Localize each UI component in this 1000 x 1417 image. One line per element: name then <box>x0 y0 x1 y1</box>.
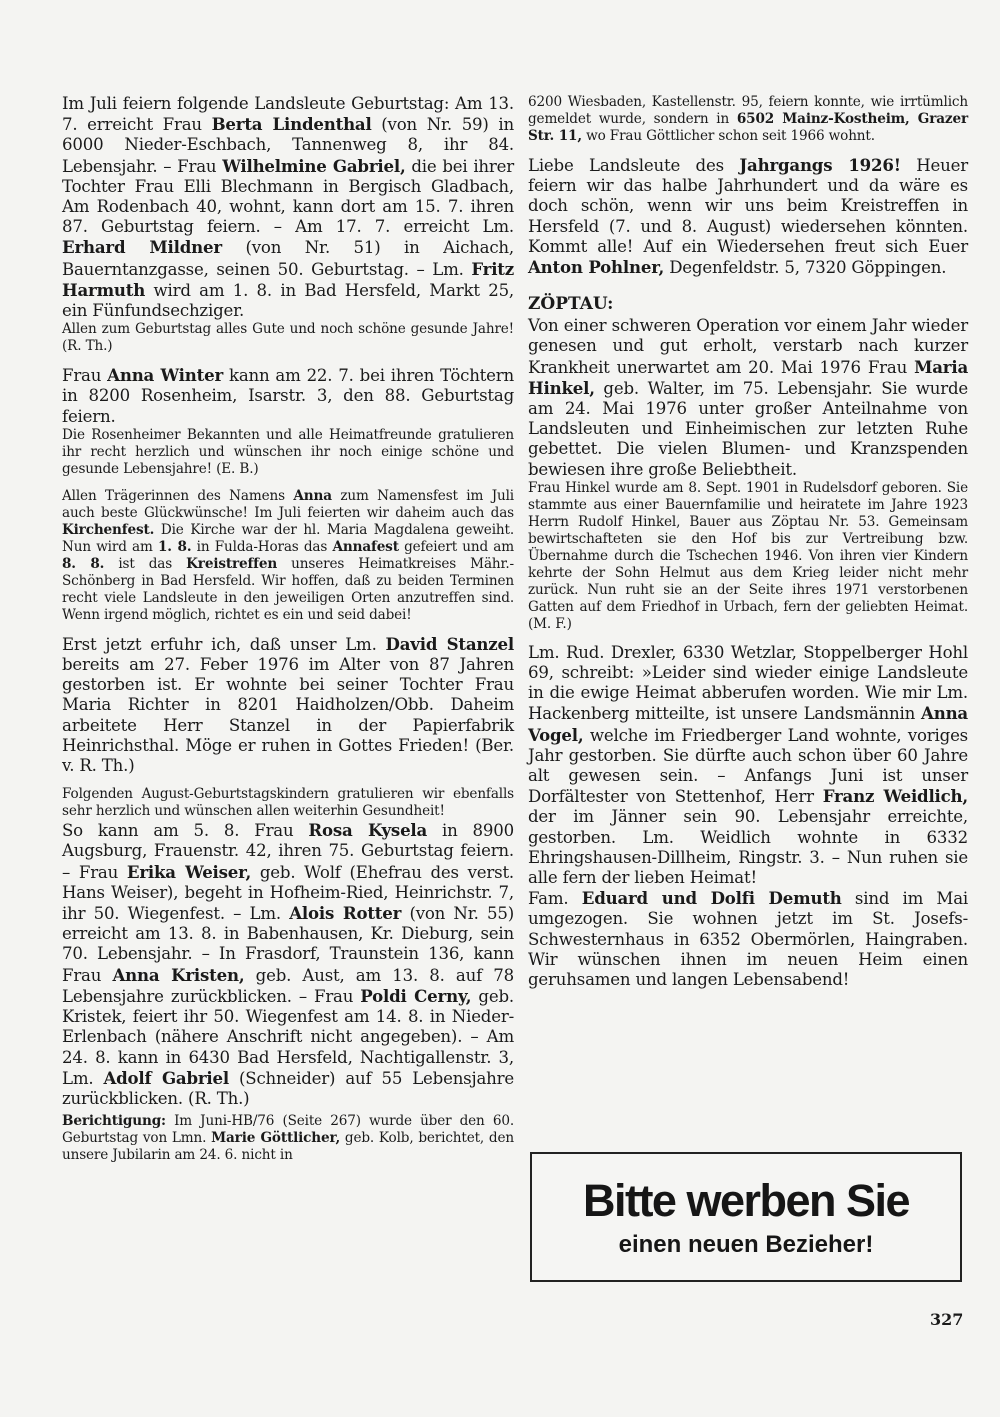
ad-headline: Bitte werben Sie <box>532 1176 960 1226</box>
bold-name: Kirchenfest. <box>62 522 154 538</box>
right-column: 6200 Wiesbaden, Kastellenstr. 95, feiern… <box>528 94 968 990</box>
demuth-move-paragraph: Fam. Eduard und Dolfi Demuth sind im Mai… <box>528 888 968 990</box>
text-run: Lm. Rud. Drexler, 6330 Wetzlar, Stoppelb… <box>528 643 968 724</box>
anna-winter-paragraph: Frau Anna Winter kann am 22. 7. bei ihre… <box>62 365 514 427</box>
section-heading-zoeptau: ZÖPTAU: <box>528 294 968 314</box>
bold-name: Jahrgangs 1926! <box>739 155 900 175</box>
text-run: So kann am 5. 8. Frau <box>62 821 308 840</box>
ad-subline: einen neuen Bezieher! <box>532 1230 960 1260</box>
drexler-letter-paragraph: Lm. Rud. Drexler, 6330 Wetzlar, Stoppelb… <box>528 643 968 888</box>
bold-name: Poldi Cerny, <box>360 986 471 1006</box>
rosenheim-wishes-note: Die Rosenheimer Bekannten und alle Heima… <box>62 427 514 478</box>
text-run: in Fulda-Horas das <box>191 539 332 555</box>
jahrgang-1926-paragraph: Liebe Landsleute des Jahrgangs 1926! Heu… <box>528 155 968 278</box>
bold-name: Alois Rotter <box>289 903 401 923</box>
august-birthdays-intro: Folgenden August-Geburtstagskindern grat… <box>62 786 514 820</box>
text-run: Liebe Landsleute des <box>528 156 739 175</box>
text-run: Fam. <box>528 889 582 908</box>
bold-name: Erhard Mildner <box>62 237 222 257</box>
bold-name: Berta Lindenthal <box>212 114 372 134</box>
text-run: Von einer schweren Operation vor einem J… <box>528 316 968 376</box>
bold-name: Anton Pohlner, <box>528 257 664 277</box>
maria-hinkel-obituary: Von einer schweren Operation vor einem J… <box>528 316 968 480</box>
text-run: gefeiert und am <box>399 539 514 555</box>
text-run: Frau <box>62 366 107 385</box>
bold-name: Marie Göttlicher, <box>211 1130 340 1146</box>
birthday-wishes-note: Allen zum Geburtstag alles Gute und noch… <box>62 321 514 355</box>
bold-name: 1. 8. <box>158 539 191 555</box>
text-run: Allen Trägerinnen des Namens <box>62 488 293 504</box>
text-run: geb. Walter, im 75. Lebensjahr. Sie wurd… <box>528 379 968 479</box>
bold-name: Franz Weidlich, <box>823 786 968 806</box>
bold-name: Eduard und Dolfi Demuth <box>582 888 842 908</box>
text-run: ist das <box>104 556 186 572</box>
correction-continued: 6200 Wiesbaden, Kastellenstr. 95, feiern… <box>528 94 968 145</box>
bold-name: Wilhelmine Gabriel, <box>222 156 405 176</box>
namensfest-paragraph: Allen Trägerinnen des Namens Anna zum Na… <box>62 488 514 624</box>
bold-name: Anna Winter <box>107 365 223 385</box>
text-run: Erst jetzt erfuhr ich, daß unser Lm. <box>62 635 386 654</box>
bold-name: Berichtigung: <box>62 1113 166 1129</box>
text-run: wo Frau Göttlicher schon seit 1966 wohnt… <box>582 128 875 144</box>
bold-name: David Stanzel <box>386 634 514 654</box>
july-birthdays-paragraph: Im Juli feiern folgende Landsleute Gebur… <box>62 94 514 321</box>
bold-name: Anna <box>293 488 332 504</box>
bold-name: Adolf Gabriel <box>103 1068 229 1088</box>
bold-name: 8. 8. <box>62 556 104 572</box>
august-birthdays-paragraph: So kann am 5. 8. Frau Rosa Kysela in 890… <box>62 820 514 1109</box>
text-run: Degenfeldstr. 5, 7320 Göppingen. <box>664 258 946 277</box>
text-run: bereits am 27. Feber 1976 im Alter von 8… <box>62 655 514 775</box>
bold-name: Annafest <box>332 539 398 555</box>
page-number: 327 <box>930 1310 963 1329</box>
bold-name: Anna Kristen, <box>112 965 244 985</box>
correction-paragraph: Berichtigung: Im Juni-HB/76 (Seite 267) … <box>62 1113 514 1164</box>
subscriber-ad-box: Bitte werben Sie einen neuen Bezieher! <box>530 1152 962 1282</box>
maria-hinkel-biography: Frau Hinkel wurde am 8. Sept. 1901 in Ru… <box>528 480 968 633</box>
david-stanzel-obituary: Erst jetzt erfuhr ich, daß unser Lm. Dav… <box>62 634 514 776</box>
text-run: der im Jänner sein 90. Lebensjahr erreic… <box>528 807 968 887</box>
left-column: Im Juli feiern folgende Landsleute Gebur… <box>62 94 514 1164</box>
bold-name: Kreistreffen <box>186 556 277 572</box>
bold-name: Erika Weiser, <box>127 862 251 882</box>
bold-name: Rosa Kysela <box>308 820 427 840</box>
